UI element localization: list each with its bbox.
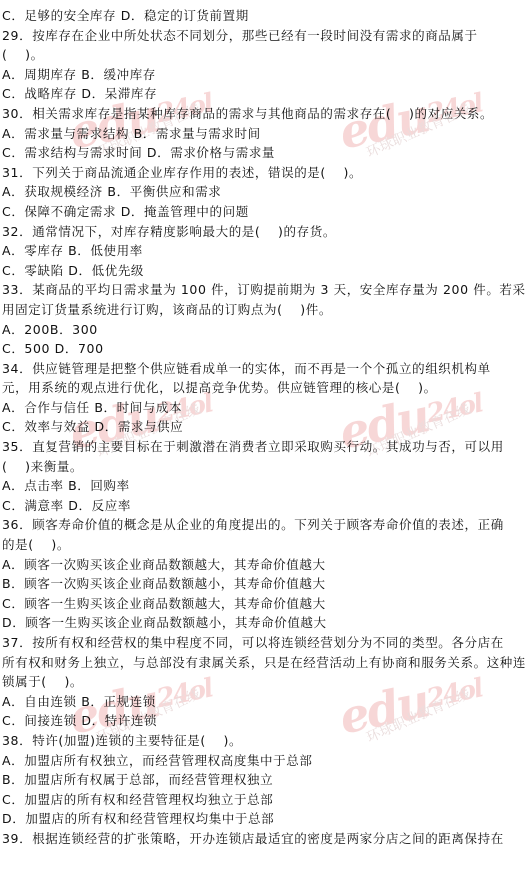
options-ab: A．点击率 B．回购率	[2, 476, 527, 496]
question-39: 39．根据连锁经营的扩张策略，开办连锁店最适宜的密度是两家分店之间的距离保持在	[2, 829, 527, 849]
question-32: 32．通常情况下，对库存精度影响最大的是( )的存货。	[2, 222, 527, 242]
exam-document: C．足够的安全库存 D．稳定的订货前置期 29．按库存在企业中所处状态不同划分，…	[2, 6, 527, 849]
options-cd: C．战略库存 D．呆滞库存	[2, 84, 527, 104]
question-33: 33．某商品的平均日需求量为 100 件，订购提前期为 3 天，安全库存量为 2…	[2, 280, 527, 300]
question-30: 30．相关需求库存是指某种库存商品的需求与其他商品的需求存在( )的对应关系。	[2, 104, 527, 124]
options-cd: C．需求结构与需求时间 D．需求价格与需求量	[2, 143, 527, 163]
options-ab: A．零库存 B．低使用率	[2, 241, 527, 261]
option-b: B．加盟店所有权属于总部，而经营管理权独立	[2, 770, 527, 790]
options-cd: C．间接连锁 D．特许连锁	[2, 711, 527, 731]
text-line: C．足够的安全库存 D．稳定的订货前置期	[2, 6, 527, 26]
question-29: 29．按库存在企业中所处状态不同划分，那些已经有一段时间没有需求的商品属于	[2, 26, 527, 46]
option-a: A．加盟店所有权独立，而经营管理权高度集中于总部	[2, 751, 527, 771]
text-line: 用固定订货量系统进行订购，该商品的订购点为( )件。	[2, 300, 527, 320]
option-d: D．加盟店的所有权和经营管理权均集中于总部	[2, 809, 527, 829]
text-line: 所有权和财务上独立，与总部没有隶属关系，只是在经营活动上有协商和服务关系。这种连	[2, 653, 527, 673]
option-c: C．顾客一生购买该企业商品数额越大，其寿命价值越大	[2, 594, 527, 614]
question-35: 35．直复营销的主要目标在于刺激潜在消费者立即采取购买行动。其成功与否，可以用	[2, 437, 527, 457]
option-c: C．加盟店的所有权和经营管理权均独立于总部	[2, 790, 527, 810]
text-line: 锁属于( )。	[2, 672, 527, 692]
option-b: B．顾客一次购买该企业商品数额越小，其寿命价值越大	[2, 574, 527, 594]
options-ab: A．自由连锁 B．正规连锁	[2, 692, 527, 712]
text-line: ( )。	[2, 45, 527, 65]
options-cd: C．保障不确定需求 D．掩盖管理中的问题	[2, 202, 527, 222]
options-cd: C．500 D．700	[2, 339, 527, 359]
text-line: 的是( )。	[2, 535, 527, 555]
options-ab: A．周期库存 B．缓冲库存	[2, 65, 527, 85]
options-ab: A．200B．300	[2, 320, 527, 340]
question-38: 38．特许(加盟)连锁的主要特征是( )。	[2, 731, 527, 751]
text-line: ( )来衡量。	[2, 457, 527, 477]
question-37: 37．按所有权和经营权的集中程度不同，可以将连锁经营划分为不同的类型。各分店在	[2, 633, 527, 653]
options-cd: C．零缺陷 D．低优先级	[2, 261, 527, 281]
question-36: 36．顾客寿命价值的概念是从企业的角度提出的。下列关于顾客寿命价值的表述，正确	[2, 515, 527, 535]
option-d: D．顾客一生购买该企业商品数额越小，其寿命价值越大	[2, 613, 527, 633]
options-cd: C．效率与效益 D．需求与供应	[2, 417, 527, 437]
options-ab: A．获取规模经济 B．平衡供应和需求	[2, 182, 527, 202]
question-31: 31．下列关于商品流通企业库存作用的表述，错误的是( )。	[2, 163, 527, 183]
text-line: 元，用系统的观点进行优化，以提高竞争优势。供应链管理的核心是( )。	[2, 378, 527, 398]
options-ab: A．需求量与需求结构 B．需求量与需求时间	[2, 124, 527, 144]
question-34: 34．供应链管理是把整个供应链看成单一的实体，而不再是一个个孤立的组织机构单	[2, 359, 527, 379]
options-cd: C．满意率 D．反应率	[2, 496, 527, 516]
option-a: A．顾客一次购买该企业商品数额越大，其寿命价值越大	[2, 555, 527, 575]
options-ab: A．合作与信任 B．时间与成本	[2, 398, 527, 418]
